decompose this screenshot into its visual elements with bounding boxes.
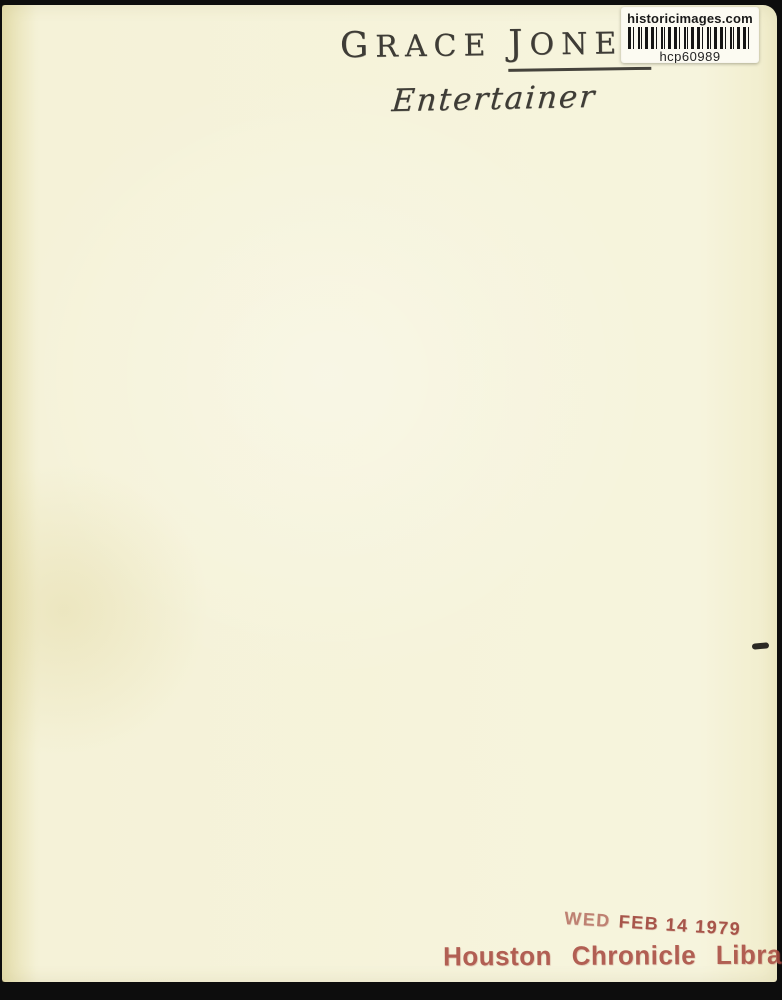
stamp-date-line: WEDFEB 14 1979 <box>564 908 742 940</box>
inventory-barcode-sticker: historicimages.com hcp60989 <box>621 7 759 63</box>
sticker-inventory-code: hcp60989 <box>621 49 759 63</box>
photo-back-paper: GRACEJONES Entertainer historicimages.co… <box>2 5 777 982</box>
barcode-icon <box>628 27 752 49</box>
annotation-role: Entertainer <box>391 79 598 119</box>
annotation-name: GRACEJONES <box>340 21 652 74</box>
stamp-date: FEB 14 1979 <box>618 911 742 939</box>
annotation-name-first: GRACE <box>340 23 493 66</box>
sticker-website-label: historicimages.com <box>621 11 759 26</box>
stamp-weekday: WED <box>564 908 612 931</box>
ink-dash-mark <box>752 642 769 649</box>
stamp-library-name: Houston Chronicle Library <box>443 939 782 973</box>
